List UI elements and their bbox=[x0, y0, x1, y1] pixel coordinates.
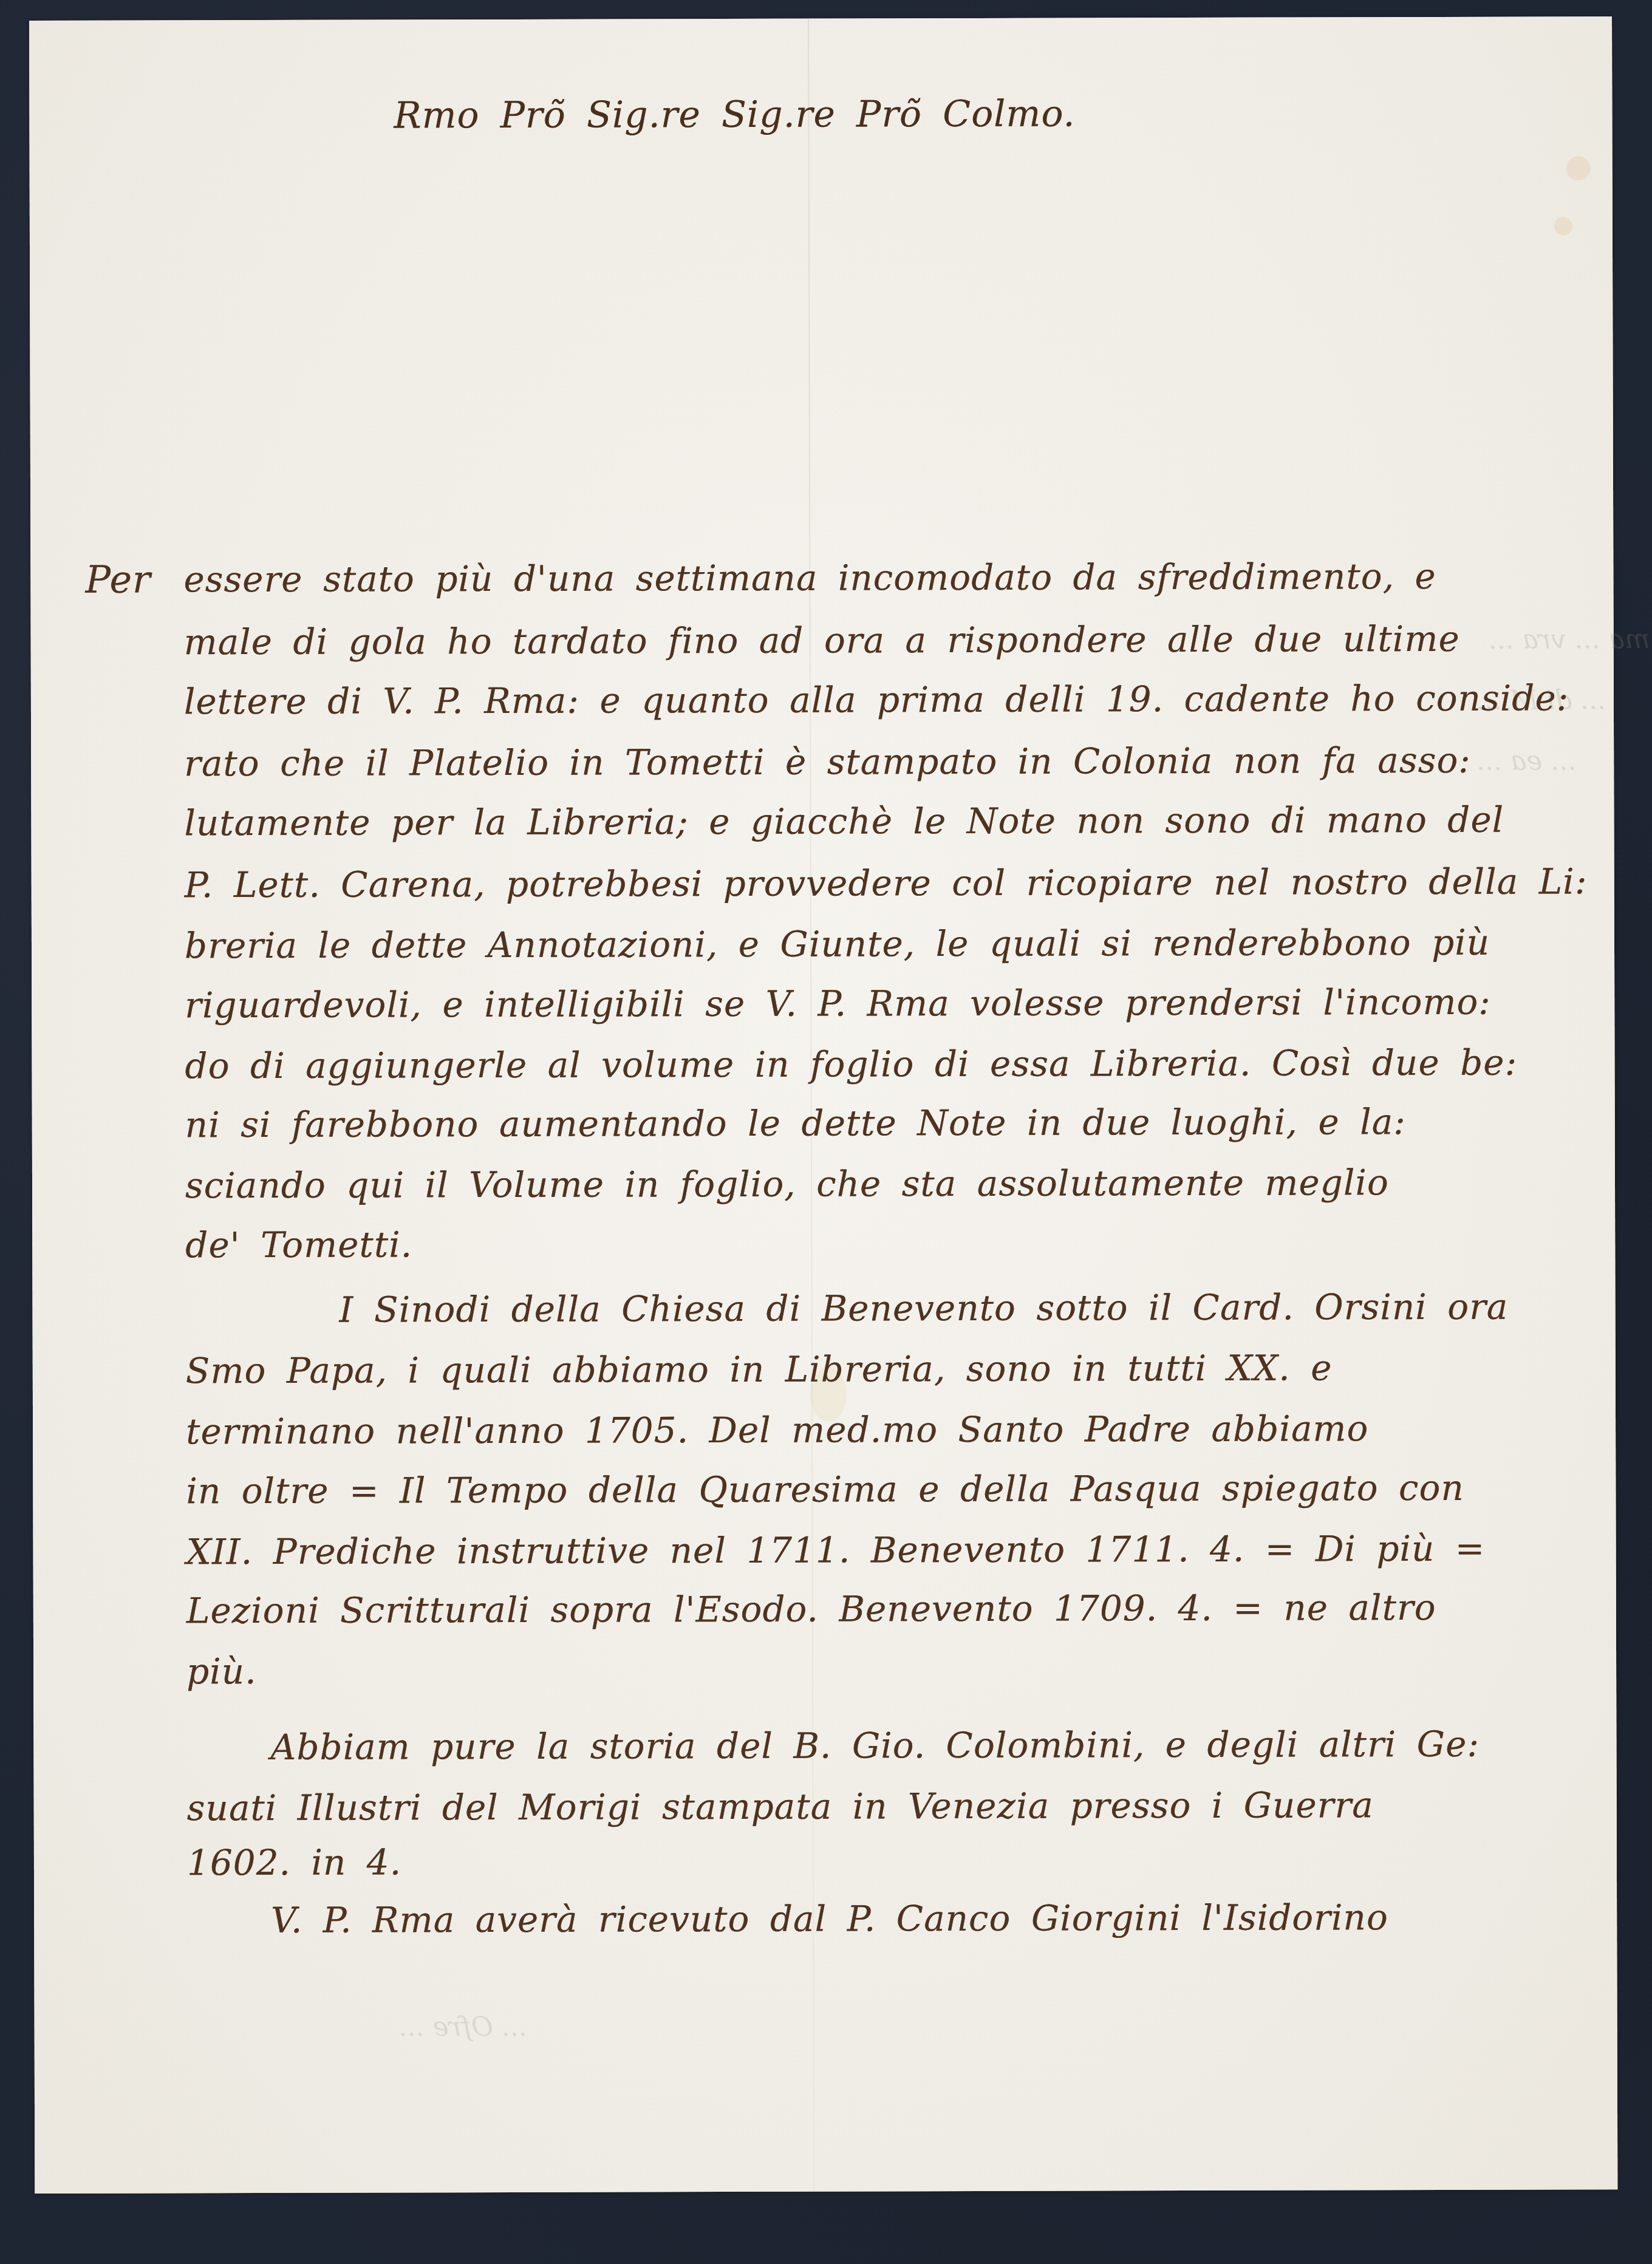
text-line: Lezioni Scritturali sopra l'Esodo. Benev… bbox=[186, 1590, 1436, 1628]
text-line: sciando qui il Volume in foglio, che sta… bbox=[185, 1165, 1389, 1203]
text-line: breria le dette Annotazioni, e Giunte, l… bbox=[185, 925, 1490, 964]
text-line: de' Tometti. bbox=[185, 1227, 412, 1263]
text-line: suati Illustri del Morigi stampata in Ve… bbox=[187, 1787, 1374, 1826]
text-line: lettere di V. P. Rma: e quanto alla prim… bbox=[184, 680, 1569, 719]
opening-word: Per bbox=[85, 561, 151, 598]
text-line: Smo Papa, i quali abbiamo in Libreria, s… bbox=[186, 1350, 1333, 1388]
text-line: XII. Prediche instruttive nel 1711. Bene… bbox=[186, 1531, 1486, 1570]
text-line: Abbiam pure la storia del B. Gio. Colomb… bbox=[270, 1727, 1480, 1765]
text-line: 1602. in 4. bbox=[187, 1844, 401, 1880]
text-line: terminano nell'anno 1705. Del med.mo San… bbox=[186, 1411, 1368, 1449]
text-line: ni si farebbono aumentando le dette Note… bbox=[185, 1104, 1406, 1142]
text-line: lutamente per la Libreria; e giacchè le … bbox=[184, 802, 1504, 841]
foxing-stain bbox=[1566, 156, 1591, 180]
text-line: do di aggiungerle al volume in foglio di… bbox=[185, 1045, 1517, 1084]
bleed-through-text: ... Ofre ... bbox=[399, 2011, 527, 2043]
text-line: riguardevoli, e intelligibili se V. P. R… bbox=[185, 984, 1491, 1023]
letter-salutation: Rmo Prõ Sig.re Sig.re Prõ Colmo. bbox=[394, 95, 1075, 134]
text-line: P. Lett. Carena, potrebbesi provvedere c… bbox=[185, 864, 1588, 902]
text-line: rato che il Platelio in Tometti è stampa… bbox=[184, 743, 1471, 782]
bleed-through-text: ... ea ... bbox=[1476, 745, 1576, 776]
text-line: essere stato più d'una settimana incomod… bbox=[183, 559, 1436, 597]
manuscript-sheet: ma ... vra ... ... di M ... ... ea ... .… bbox=[29, 16, 1617, 2194]
text-line: I Sinodi della Chiesa di Benevento sotto… bbox=[339, 1289, 1508, 1328]
bleed-through-text: ma ... vra ... bbox=[1489, 624, 1650, 655]
text-line: più. bbox=[186, 1654, 257, 1689]
foxing-stain bbox=[1554, 217, 1572, 235]
text-line: in oltre = Il Tempo della Quaresima e de… bbox=[186, 1470, 1464, 1509]
text-line: male di gola ho tardato fino ad ora a ri… bbox=[184, 621, 1460, 660]
text-line: V. P. Rma averà ricevuto dal P. Canco Gi… bbox=[271, 1900, 1388, 1938]
